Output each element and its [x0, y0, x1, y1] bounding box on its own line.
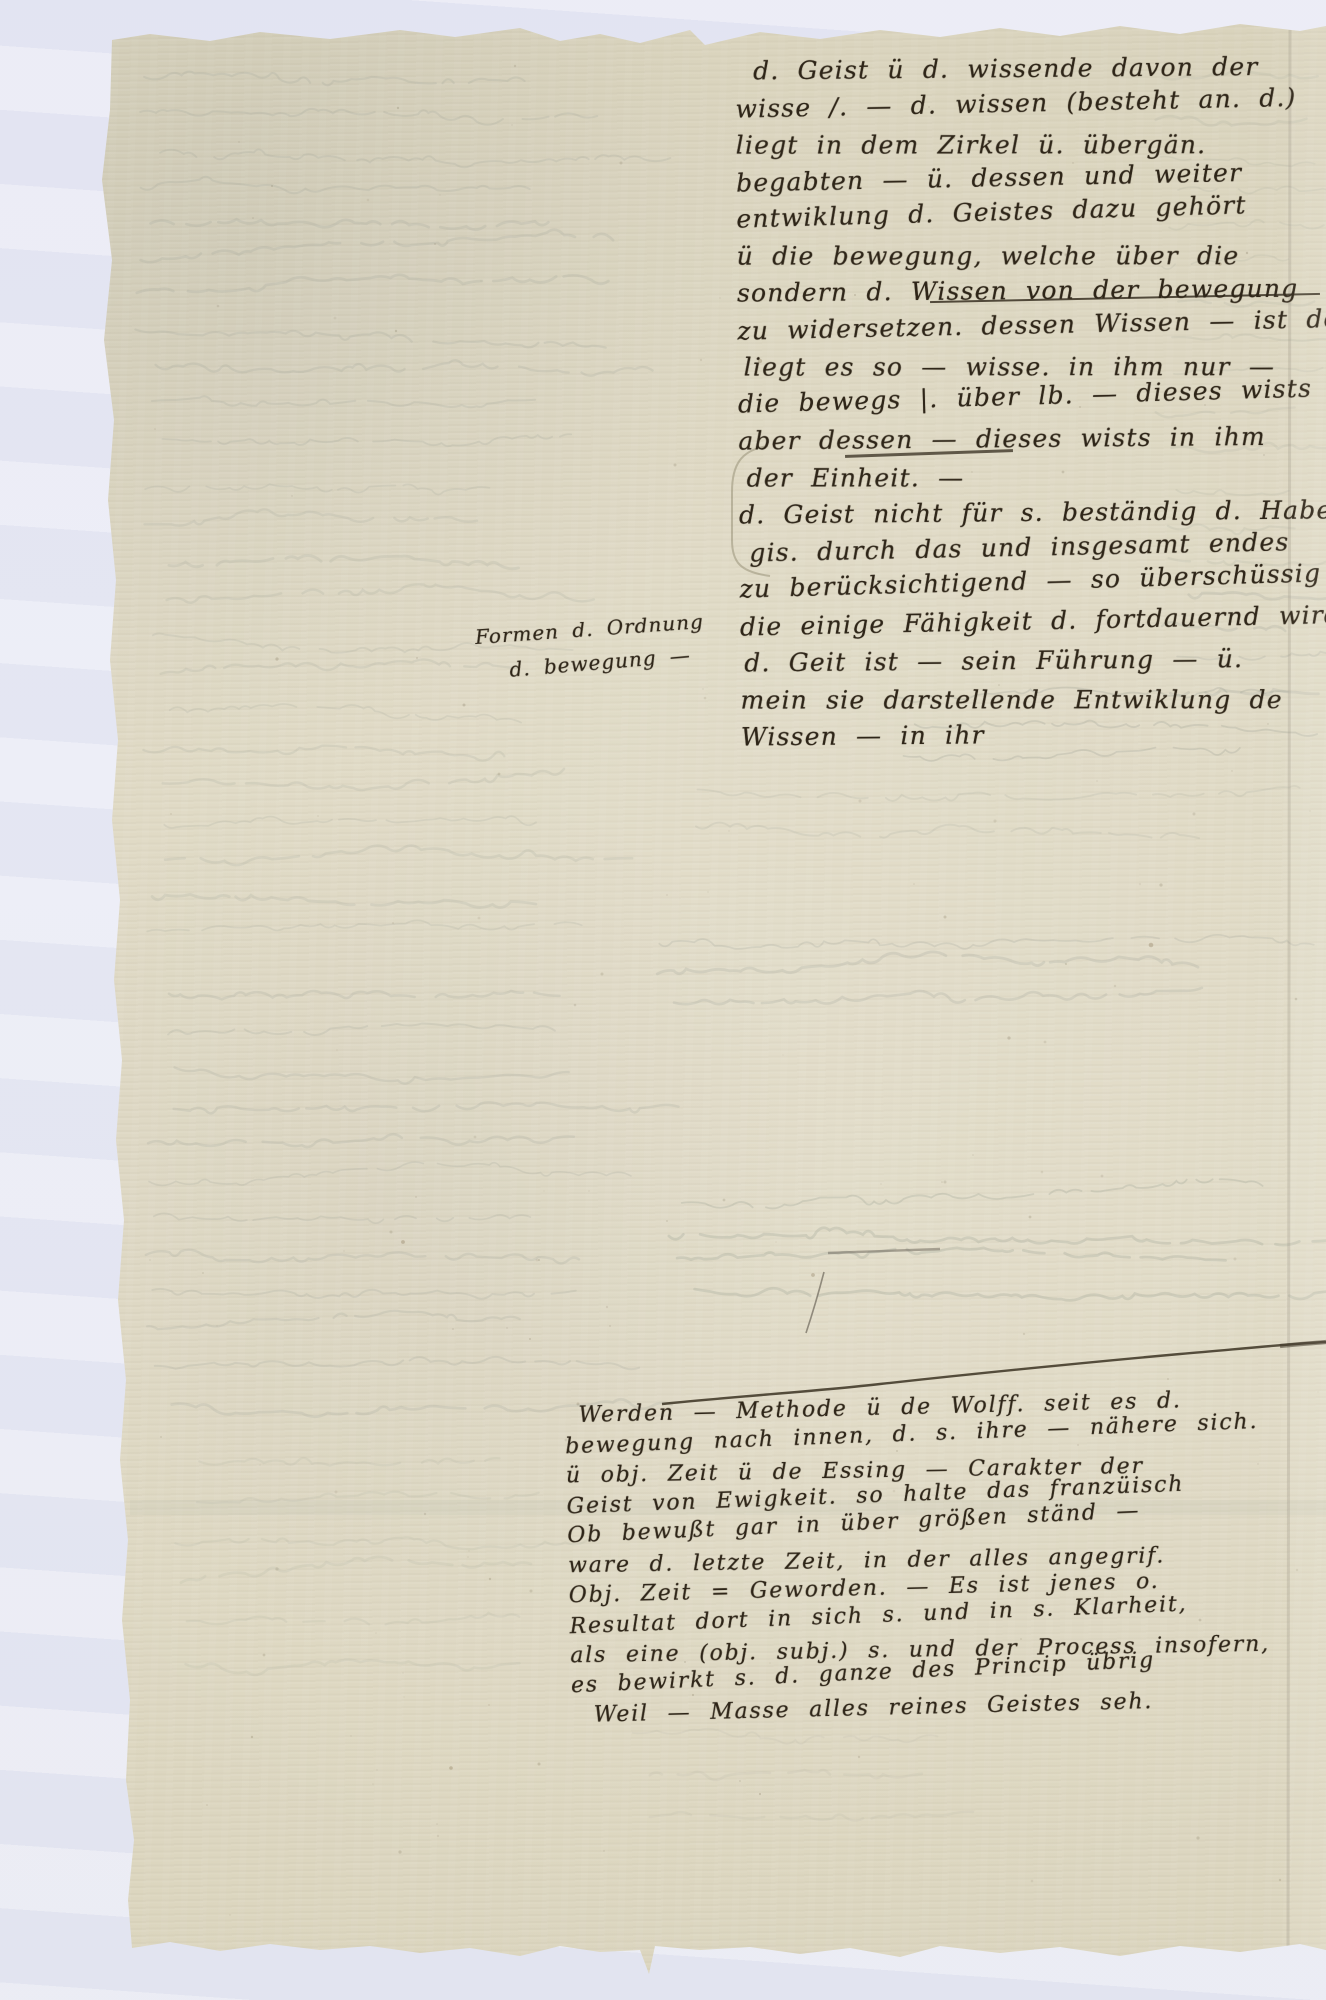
manuscript-paper: d. Geist ü d. wissende davon derwisse /.…	[0, 0, 1326, 2000]
paper-edge-vignette	[0, 0, 1326, 2000]
scanner-background: d. Geist ü d. wissende davon derwisse /.…	[0, 0, 1326, 2000]
